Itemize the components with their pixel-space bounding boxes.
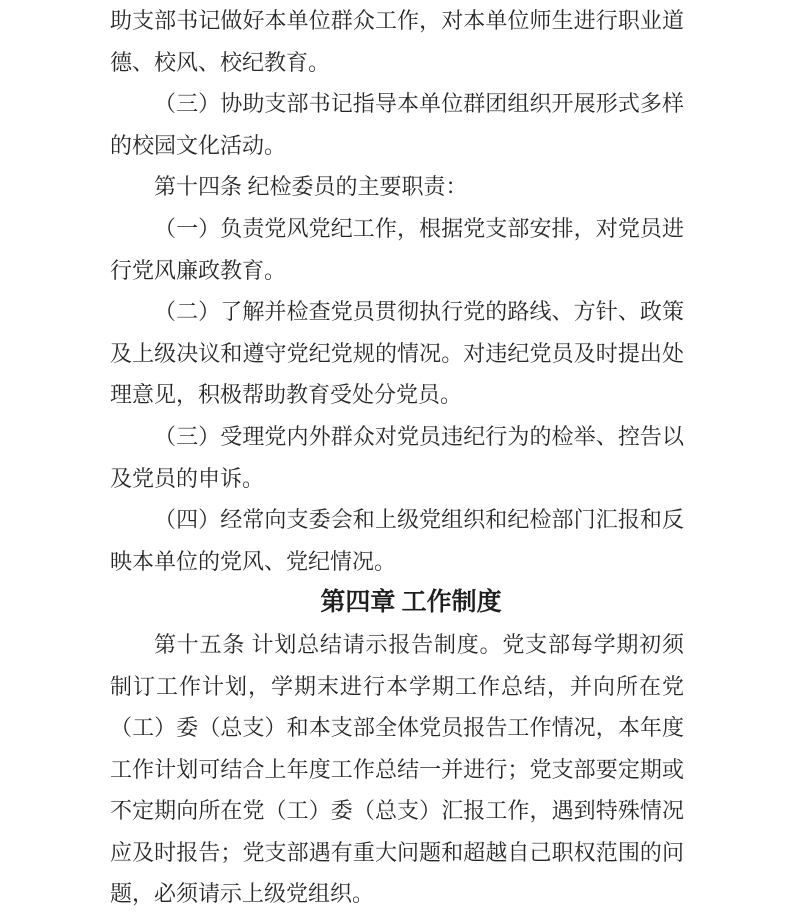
- paragraph-item-2-inspect-members: （二）了解并检查党员贯彻执行党的路线、方针、政策及上级决议和遵守党纪党规的情况。…: [110, 291, 684, 416]
- paragraph-item-1-discipline-work: （一）负责党风党纪工作，根据党支部安排，对党员进行党风廉政教育。: [110, 208, 684, 291]
- paragraph-item-4-report-situation: （四）经常向支委会和上级党组织和纪检部门汇报和反映本单位的党风、党纪情况。: [110, 499, 684, 582]
- document-page: 助支部书记做好本单位群众工作，对本单位师生进行职业道德、校风、校纪教育。 （三）…: [0, 0, 799, 916]
- paragraph-article-14-lead: 第十四条 纪检委员的主要职责：: [110, 166, 684, 208]
- paragraph-article-15-plan-report-system: 第十五条 计划总结请示报告制度。党支部每学期初须制订工作计划，学期末进行本学期工…: [110, 624, 684, 915]
- paragraph-continuation: 助支部书记做好本单位群众工作，对本单位师生进行职业道德、校风、校纪教育。: [110, 0, 684, 83]
- paragraph-item-3-campus-culture: （三）协助支部书记指导本单位群团组织开展形式多样的校园文化活动。: [110, 83, 684, 166]
- chapter-heading: 第四章 工作制度: [110, 582, 684, 624]
- paragraph-item-3-accept-reports: （三）受理党内外群众对党员违纪行为的检举、控告以及党员的申诉。: [110, 416, 684, 499]
